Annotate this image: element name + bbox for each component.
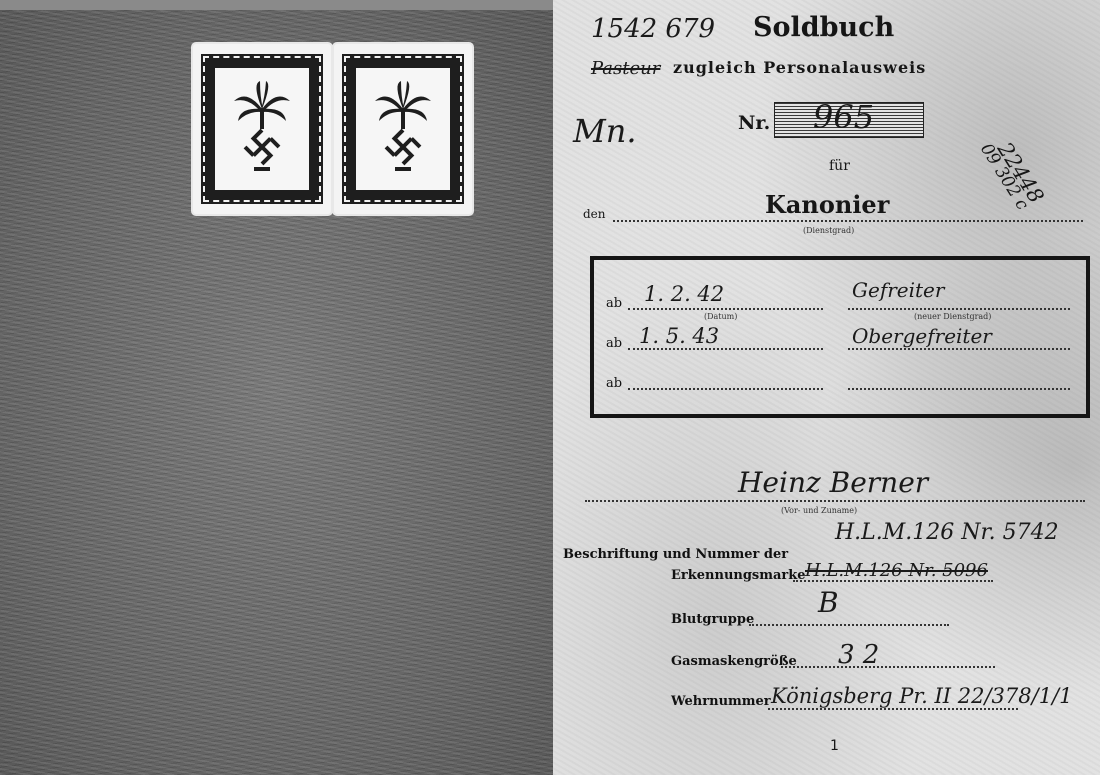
promotion-row-1-label: ab (606, 296, 622, 311)
wehr-value: Königsberg Pr. II 22/378/1/1 (771, 684, 1073, 708)
wehr-line (768, 708, 1018, 710)
promotion-row-1-date: 1. 2. 42 (644, 282, 724, 306)
book-cover (0, 0, 553, 775)
date-line (628, 388, 823, 390)
rank-line (613, 220, 1083, 222)
stamp-border (342, 54, 464, 204)
date-line (628, 308, 823, 310)
name-value: Heinz Berner (738, 466, 928, 499)
id-page: 1542 679 Soldbuch Pasteur zugleich Perso… (553, 0, 1100, 775)
promotions-box: ab 1. 2. 42 (Datum) Gefreiter (neuer Die… (590, 256, 1090, 418)
fuer-label: für (829, 158, 850, 174)
gasmask-line (781, 666, 995, 668)
date-caption: (Datum) (704, 312, 737, 321)
rank-value: Kanonier (765, 190, 889, 219)
gasmask-value: 3 2 (838, 640, 879, 670)
page-number: 1 (830, 738, 839, 754)
struck-word: Pasteur (591, 58, 660, 79)
stamp-border (201, 54, 323, 204)
rank-caption: (Dienstgrad) (803, 226, 854, 235)
page-title: Soldbuch (753, 12, 894, 43)
new-rank-caption: (neuer Dienstgrad) (914, 312, 991, 321)
wehr-label: Wehrnummer (671, 694, 771, 709)
promotion-row-2-rank: Obergefreiter (852, 324, 992, 348)
promotion-row-1-rank: Gefreiter (852, 278, 944, 302)
blood-line (749, 624, 949, 626)
rank-line (848, 308, 1070, 310)
gasmask-label: Gasmaskengröße (671, 654, 797, 669)
tag-value-struck: H.L.M.126 Nr. 5096 (805, 560, 988, 581)
tag-value: H.L.M.126 Nr. 5742 (835, 520, 1059, 545)
blood-label: Blutgruppe (671, 612, 754, 627)
promotion-row-2-label: ab (606, 336, 622, 351)
nr-value: 965 (813, 98, 874, 136)
serial-number: 1542 679 (591, 14, 715, 44)
rank-prefix: den (583, 207, 606, 221)
promotion-row-2-date: 1. 5. 43 (639, 324, 719, 348)
rank-line (848, 348, 1070, 350)
page-subtitle: zugleich Personalausweis (673, 58, 926, 77)
tag-label-line1: Beschriftung und Nummer der (563, 547, 788, 562)
name-line (585, 500, 1085, 502)
promotion-row-3-label: ab (606, 376, 622, 391)
palm-swastika-emblem-icon (373, 79, 433, 179)
date-line (628, 348, 823, 350)
feldpost-stamp-2 (334, 44, 472, 214)
blood-value: B (818, 586, 839, 619)
feldpost-stamp-1 (193, 44, 331, 214)
margin-note: Mn. (573, 112, 637, 150)
palm-swastika-emblem-icon (232, 79, 292, 179)
cover-edge (0, 0, 553, 10)
nr-label: Nr. (738, 112, 770, 134)
rank-line (848, 388, 1070, 390)
tag-label-line2: Erkennungsmarke (671, 568, 806, 583)
name-caption: (Vor- und Zuname) (781, 506, 857, 515)
